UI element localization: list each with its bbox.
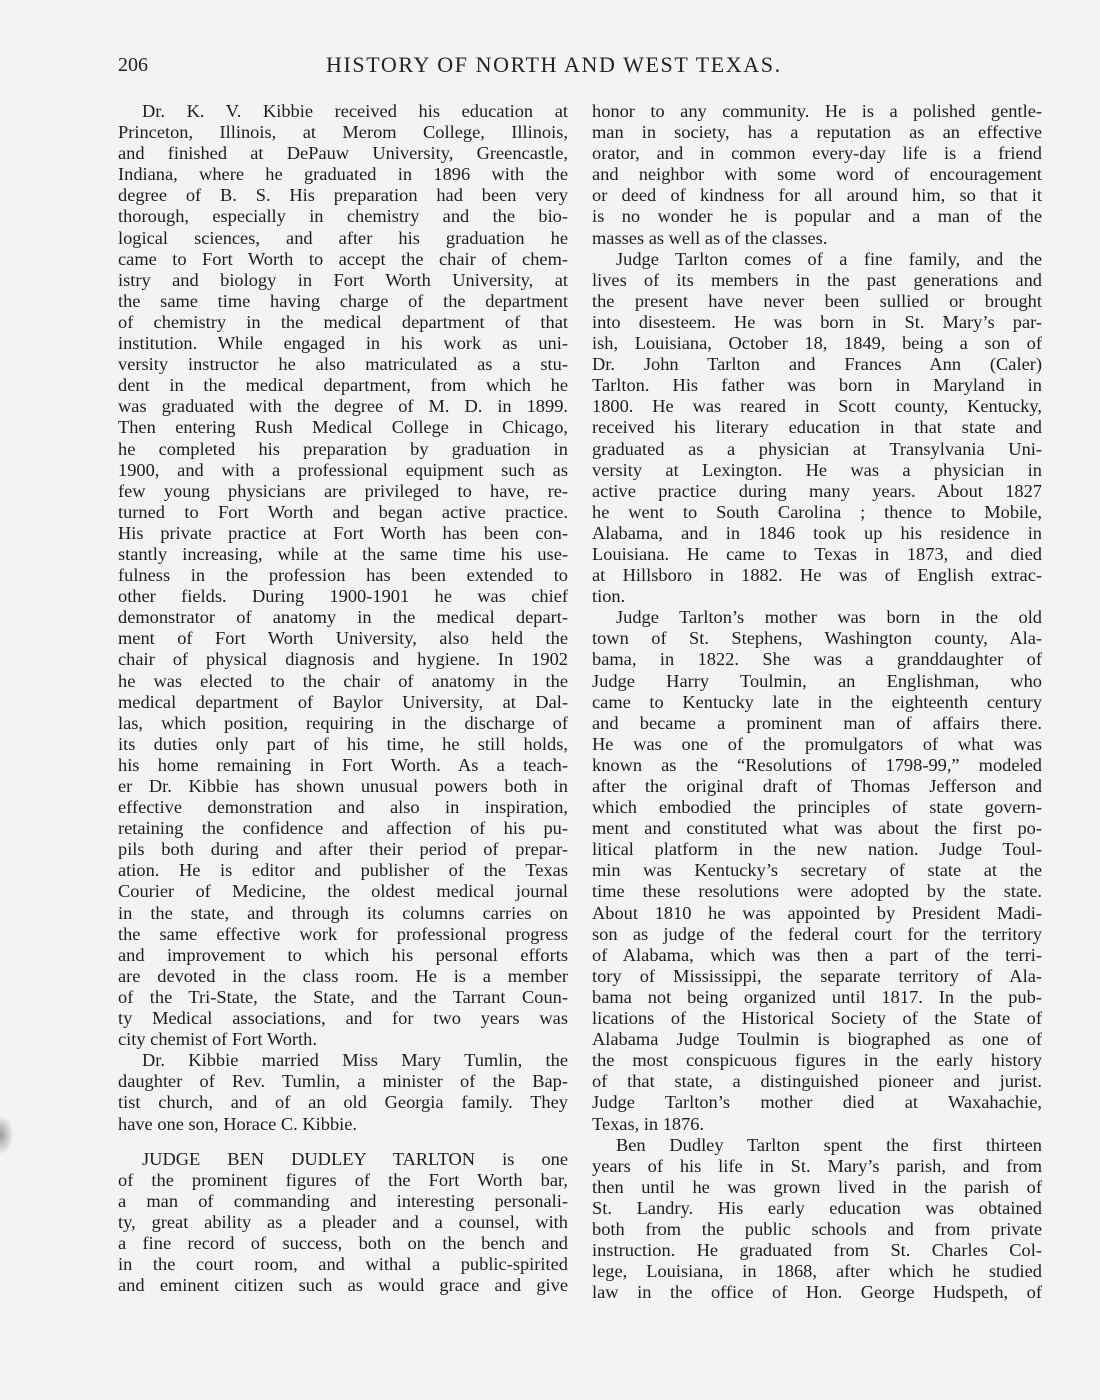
text-line: city chemist of Fort Worth. bbox=[118, 1029, 568, 1050]
text-line: the present have never been sullied or b… bbox=[592, 291, 1042, 312]
text-line: a man of commanding and interesting pers… bbox=[118, 1191, 568, 1212]
text-line: JUDGE BEN DUDLEY TARLTON is one bbox=[118, 1149, 568, 1170]
text-line: at Hillsboro in 1882. He was of English … bbox=[592, 565, 1042, 586]
text-line: and became a prominent man of affairs th… bbox=[592, 713, 1042, 734]
text-line: in the court room, and withal a public-s… bbox=[118, 1254, 568, 1275]
text-line: daughter of Rev. Tumlin, a minister of t… bbox=[118, 1071, 568, 1092]
text-line: son as judge of the federal court for th… bbox=[592, 924, 1042, 945]
text-line: law in the office of Hon. George Hudspet… bbox=[592, 1282, 1042, 1303]
text-line: tist church, and of an old Georgia famil… bbox=[118, 1092, 568, 1113]
text-line: tory of Mississippi, the separate territ… bbox=[592, 966, 1042, 987]
text-line: town of St. Stephens, Washington county,… bbox=[592, 628, 1042, 649]
text-line: About 1810 he was appointed by President… bbox=[592, 903, 1042, 924]
text-line: versity at Lexington. He was a physician… bbox=[592, 460, 1042, 481]
text-line: retaining the confidence and affection o… bbox=[118, 818, 568, 839]
text-line: Dr. K. V. Kibbie received his education … bbox=[118, 101, 568, 122]
text-line: Tarlton. His father was born in Maryland… bbox=[592, 375, 1042, 396]
text-line: turned to Fort Worth and began active pr… bbox=[118, 502, 568, 523]
text-line: Courier of Medicine, the oldest medical … bbox=[118, 881, 568, 902]
text-line: he was elected to the chair of anatomy i… bbox=[118, 671, 568, 692]
text-line: into disesteem. He was born in St. Mary’… bbox=[592, 312, 1042, 333]
text-line: and finished at DePauw University, Green… bbox=[118, 143, 568, 164]
text-line: Indiana, where he graduated in 1896 with… bbox=[118, 164, 568, 185]
running-title: HISTORY OF NORTH AND WEST TEXAS. bbox=[326, 52, 782, 78]
text-line: stantly increasing, while at the same ti… bbox=[118, 544, 568, 565]
text-line: medical department of Baylor University,… bbox=[118, 692, 568, 713]
text-line: lege, Louisiana, in 1868, after which he… bbox=[592, 1261, 1042, 1282]
text-line: Judge Tarlton’s mother was born in the o… bbox=[592, 607, 1042, 628]
text-line: Princeton, Illinois, at Merom College, I… bbox=[118, 122, 568, 143]
text-line: ty Medical associations, and for two yea… bbox=[118, 1008, 568, 1029]
text-line: man in society, has a reputation as an e… bbox=[592, 122, 1042, 143]
text-line: known as the “Resolutions of 1798-99,” m… bbox=[592, 755, 1042, 776]
text-line: then until he was grown lived in the par… bbox=[592, 1177, 1042, 1198]
text-line: 1900, and with a professional equipment … bbox=[118, 460, 568, 481]
right-column: honor to any community. He is a polished… bbox=[592, 101, 1042, 1303]
text-line: and eminent citizen such as would grace … bbox=[118, 1275, 568, 1296]
text-line: and improvement to which his personal ef… bbox=[118, 945, 568, 966]
text-line: time these resolutions were adopted by t… bbox=[592, 881, 1042, 902]
text-line: after the original draft of Thomas Jeffe… bbox=[592, 776, 1042, 797]
text-line: the most conspicuous figures in the earl… bbox=[592, 1050, 1042, 1071]
text-line: orator, and in common every-day life is … bbox=[592, 143, 1042, 164]
text-line: lications of the Historical Society of t… bbox=[592, 1008, 1042, 1029]
text-line: istry and biology in Fort Worth Universi… bbox=[118, 270, 568, 291]
text-line: honor to any community. He is a polished… bbox=[592, 101, 1042, 122]
text-line: its duties only part of his time, he sti… bbox=[118, 734, 568, 755]
text-line: Texas, in 1876. bbox=[592, 1114, 1042, 1135]
text-line: in the state, and through its columns ca… bbox=[118, 903, 568, 924]
text-line: logical sciences, and after his graduati… bbox=[118, 228, 568, 249]
text-line: masses as well as of the classes. bbox=[592, 228, 1042, 249]
text-line: active practice during many years. About… bbox=[592, 481, 1042, 502]
text-line: instruction. He graduated from St. Charl… bbox=[592, 1240, 1042, 1261]
text-line: degree of B. S. His preparation had been… bbox=[118, 185, 568, 206]
text-line: Louisiana. He came to Texas in 1873, and… bbox=[592, 544, 1042, 565]
text-line: he completed his preparation by graduati… bbox=[118, 439, 568, 460]
scan-smudge bbox=[0, 1115, 14, 1155]
text-line: ment and constituted what was about the … bbox=[592, 818, 1042, 839]
text-line: ment of Fort Worth University, also held… bbox=[118, 628, 568, 649]
text-line: Judge Tarlton comes of a fine family, an… bbox=[592, 249, 1042, 270]
text-line: he went to South Carolina ; thence to Mo… bbox=[592, 502, 1042, 523]
text-line: the same time having charge of the depar… bbox=[118, 291, 568, 312]
text-line: bama, in 1822. She was a granddaughter o… bbox=[592, 649, 1042, 670]
text-line: Ben Dudley Tarlton spent the first thirt… bbox=[592, 1135, 1042, 1156]
left-column: Dr. K. V. Kibbie received his education … bbox=[118, 101, 568, 1296]
text-line: min was Kentucky’s secretary of state at… bbox=[592, 860, 1042, 881]
text-line: is no wonder he is popular and a man of … bbox=[592, 206, 1042, 227]
text-line: Alabama, and in 1846 took up his residen… bbox=[592, 523, 1042, 544]
text-line: chair of physical diagnosis and hygiene.… bbox=[118, 649, 568, 670]
text-line: a fine record of success, both on the be… bbox=[118, 1233, 568, 1254]
text-line: are devoted in the class room. He is a m… bbox=[118, 966, 568, 987]
text-line: las, which position, requiring in the di… bbox=[118, 713, 568, 734]
text-line: Judge Harry Toulmin, an Englishman, who bbox=[592, 671, 1042, 692]
text-line: ation. He is editor and publisher of the… bbox=[118, 860, 568, 881]
text-line: which embodied the principles of state g… bbox=[592, 797, 1042, 818]
text-line: litical platform in the new nation. Judg… bbox=[592, 839, 1042, 860]
text-line: ish, Louisiana, October 18, 1849, being … bbox=[592, 333, 1042, 354]
text-line: He was one of the promulgators of what w… bbox=[592, 734, 1042, 755]
text-line: was graduated with the degree of M. D. i… bbox=[118, 396, 568, 417]
text-line: of the prominent figures of the Fort Wor… bbox=[118, 1170, 568, 1191]
text-line: ty, great ability as a pleader and a cou… bbox=[118, 1212, 568, 1233]
text-line: or deed of kindness for all around him, … bbox=[592, 185, 1042, 206]
text-line: of that state, a distinguished pioneer a… bbox=[592, 1071, 1042, 1092]
text-line: Dr. Kibbie married Miss Mary Tumlin, the bbox=[118, 1050, 568, 1071]
text-line: institution. While engaged in his work a… bbox=[118, 333, 568, 354]
text-line: his home remaining in Fort Worth. As a t… bbox=[118, 755, 568, 776]
text-line: His private practice at Fort Worth has b… bbox=[118, 523, 568, 544]
text-line: pils both during and after their period … bbox=[118, 839, 568, 860]
text-line: lives of its members in the past generat… bbox=[592, 270, 1042, 291]
text-line: other fields. During 1900-1901 he was ch… bbox=[118, 586, 568, 607]
text-line: demonstrator of anatomy in the medical d… bbox=[118, 607, 568, 628]
text-line: of chemistry in the medical department o… bbox=[118, 312, 568, 333]
text-line: thorough, especially in chemistry and th… bbox=[118, 206, 568, 227]
text-line: tion. bbox=[592, 586, 1042, 607]
text-line: have one son, Horace C. Kibbie. bbox=[118, 1114, 568, 1135]
text-line: 1800. He was reared in Scott county, Ken… bbox=[592, 396, 1042, 417]
text-line: Then entering Rush Medical College in Ch… bbox=[118, 417, 568, 438]
page-number: 206 bbox=[118, 54, 148, 77]
text-line: effective demonstration and also in insp… bbox=[118, 797, 568, 818]
text-line: versity instructor he also matriculated … bbox=[118, 354, 568, 375]
text-line: dent in the medical department, from whi… bbox=[118, 375, 568, 396]
text-line: few young physicians are privileged to h… bbox=[118, 481, 568, 502]
text-line: came to Fort Worth to accept the chair o… bbox=[118, 249, 568, 270]
text-line: graduated as a physician at Transylvania… bbox=[592, 439, 1042, 460]
text-line: er Dr. Kibbie has shown unusual powers b… bbox=[118, 776, 568, 797]
text-line: bama not being organized until 1817. In … bbox=[592, 987, 1042, 1008]
text-line: Judge Tarlton’s mother died at Waxahachi… bbox=[592, 1092, 1042, 1113]
text-line: of Alabama, which was then a part of the… bbox=[592, 945, 1042, 966]
text-line: and neighbor with some word of encourage… bbox=[592, 164, 1042, 185]
text-line: of the Tri-State, the State, and the Tar… bbox=[118, 987, 568, 1008]
text-line: Dr. John Tarlton and Frances Ann (Caler) bbox=[592, 354, 1042, 375]
text-line: received his literary education in that … bbox=[592, 417, 1042, 438]
text-line: fulness in the profession has been exten… bbox=[118, 565, 568, 586]
text-line: years of his life in St. Mary’s parish, … bbox=[592, 1156, 1042, 1177]
text-line: Alabama Judge Toulmin is biographed as o… bbox=[592, 1029, 1042, 1050]
text-line: St. Landry. His early education was obta… bbox=[592, 1198, 1042, 1219]
paragraph-gap bbox=[118, 1135, 568, 1149]
text-line: came to Kentucky late in the eighteenth … bbox=[592, 692, 1042, 713]
text-line: the same effective work for professional… bbox=[118, 924, 568, 945]
text-line: both from the public schools and from pr… bbox=[592, 1219, 1042, 1240]
